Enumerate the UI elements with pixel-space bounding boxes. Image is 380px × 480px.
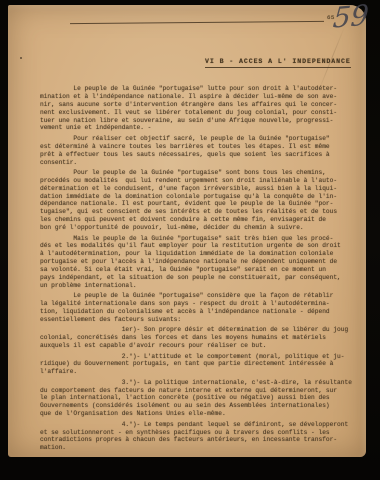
typed-paragraph: 1er)- Son propre désir et détermination … [40, 326, 364, 350]
typed-line: auxquels il est capable d'avoir recours … [40, 342, 364, 350]
typed-line: les chemins qui peuvent et doivent condu… [40, 216, 364, 224]
typed-line: Le peuple de la Guinée "portugaise" cons… [40, 292, 364, 300]
section-title: VI B - ACCES A L' INDEPENDANCE [205, 58, 351, 68]
typed-line: le plan international, l'action concrète… [40, 394, 364, 402]
typed-line: tuer une nation libre et souveraine, au … [40, 117, 364, 125]
typed-line: du comportement des facteurs de nature i… [40, 387, 364, 395]
typed-line: mination et à l'indépendance nationale. … [40, 93, 364, 101]
top-rule [70, 21, 324, 24]
typed-line: détermination et le conduisent, d'une fa… [40, 185, 364, 193]
typed-line: 4.°)- Le temps pendant lequel se définir… [40, 421, 364, 429]
typed-line: ridique) du Gouvernement portugais, en t… [40, 360, 364, 368]
typed-line: contradictions propres à chacun des fact… [40, 436, 364, 444]
typed-line: nir, sans aucune sorte d'intervention ét… [40, 101, 364, 109]
typed-body: Le peuple de la Guinée "portugaise" lutt… [40, 85, 364, 455]
typed-line: prêt à effectuer tous les sauts nécessai… [40, 151, 364, 159]
typed-line: sa volonté. Si cela était vrai, la Guiné… [40, 266, 364, 274]
typed-paragraph: Le peuple de la Guinée "portugaise" cons… [40, 292, 364, 324]
typed-line: Pour réaliser cet objectif sacré, le peu… [40, 135, 364, 143]
typed-line: la légalité internationale dans son pays… [40, 300, 364, 308]
typed-line: à l'autodétermination, pour la liquidati… [40, 250, 364, 258]
typed-line: 2.°)- L'attitude et le comportement (mor… [40, 353, 364, 361]
typed-line: 1er)- Son propre désir et détermination … [40, 326, 364, 334]
typed-paragraph: Mais le peuple de la Guinée "portugaise"… [40, 235, 364, 290]
typed-line: dépendance nationale. Il est pourtant, é… [40, 200, 364, 208]
typed-line: Pour le peuple de la Guinée "portugaise"… [40, 169, 364, 177]
typed-paragraph: Pour réaliser cet objectif sacré, le peu… [40, 135, 364, 167]
typed-line: dation immédiate de la domination coloni… [40, 193, 364, 201]
typed-line: consentir. [40, 159, 364, 167]
typed-line: bon gré l'opportunité de pouvoir, lui-mê… [40, 224, 364, 232]
typed-paragraph: Pour le peuple de la Guinée "portugaise"… [40, 169, 364, 232]
typed-paragraph: Le peuple de la Guinée "portugaise" lutt… [40, 85, 364, 132]
typed-line: tion, liquidation du colonialisme et acc… [40, 308, 364, 316]
typed-line: l'affaire. [40, 368, 364, 376]
typed-paragraph: 4.°)- Le temps pendant lequel se définir… [40, 421, 364, 453]
handwritten-page-number: 59 [332, 0, 370, 33]
typed-line: Mais le peuple de la Guinée "portugaise"… [40, 235, 364, 243]
typed-line: un problème international. [40, 282, 364, 290]
typed-line: 3.°)- La politique internationale, c'est… [40, 379, 364, 387]
typed-line: vement unie et indépendante. - [40, 124, 364, 132]
typed-line: colonial, concrétisés dans les forces et… [40, 334, 364, 342]
typed-line: que de l'Organisation des Nations Unies … [40, 410, 364, 418]
typed-line: essentiellement des facteurs suivants: [40, 316, 364, 324]
typed-paragraph: 2.°)- L'attitude et le comportement (mor… [40, 353, 364, 377]
typed-line: Gouvernements (considérés isolément ou a… [40, 402, 364, 410]
typed-line: nent exclusivement. Il veut se libérer t… [40, 109, 364, 117]
typed-line: portugaise et pour l'accès à l'indépenda… [40, 258, 364, 266]
typed-paragraph: 3.°)- La politique internationale, c'est… [40, 379, 364, 418]
typed-line: dés et les modalités qu'il faut employer… [40, 242, 364, 250]
typed-line: mation. [40, 444, 364, 452]
typed-line: Le peuple de la Guinée "portugaise" lutt… [40, 85, 364, 93]
typed-line: pays indépendant, et la situation de son… [40, 274, 364, 282]
typed-line: tugaise", qui est conscient de ses intér… [40, 208, 364, 216]
typed-line: est déterminé à vaincre toutes les barri… [40, 143, 364, 151]
typed-line: et se solutionneront - en synthèses paci… [40, 429, 364, 437]
typed-line: procédés ou modalités qui lui rendent ur… [40, 177, 364, 185]
scan-background: 65 59 VI B - ACCES A L' INDEPENDANCE Le … [0, 0, 380, 480]
paper: 65 59 VI B - ACCES A L' INDEPENDANCE Le … [8, 5, 366, 457]
ink-speck [20, 57, 22, 59]
